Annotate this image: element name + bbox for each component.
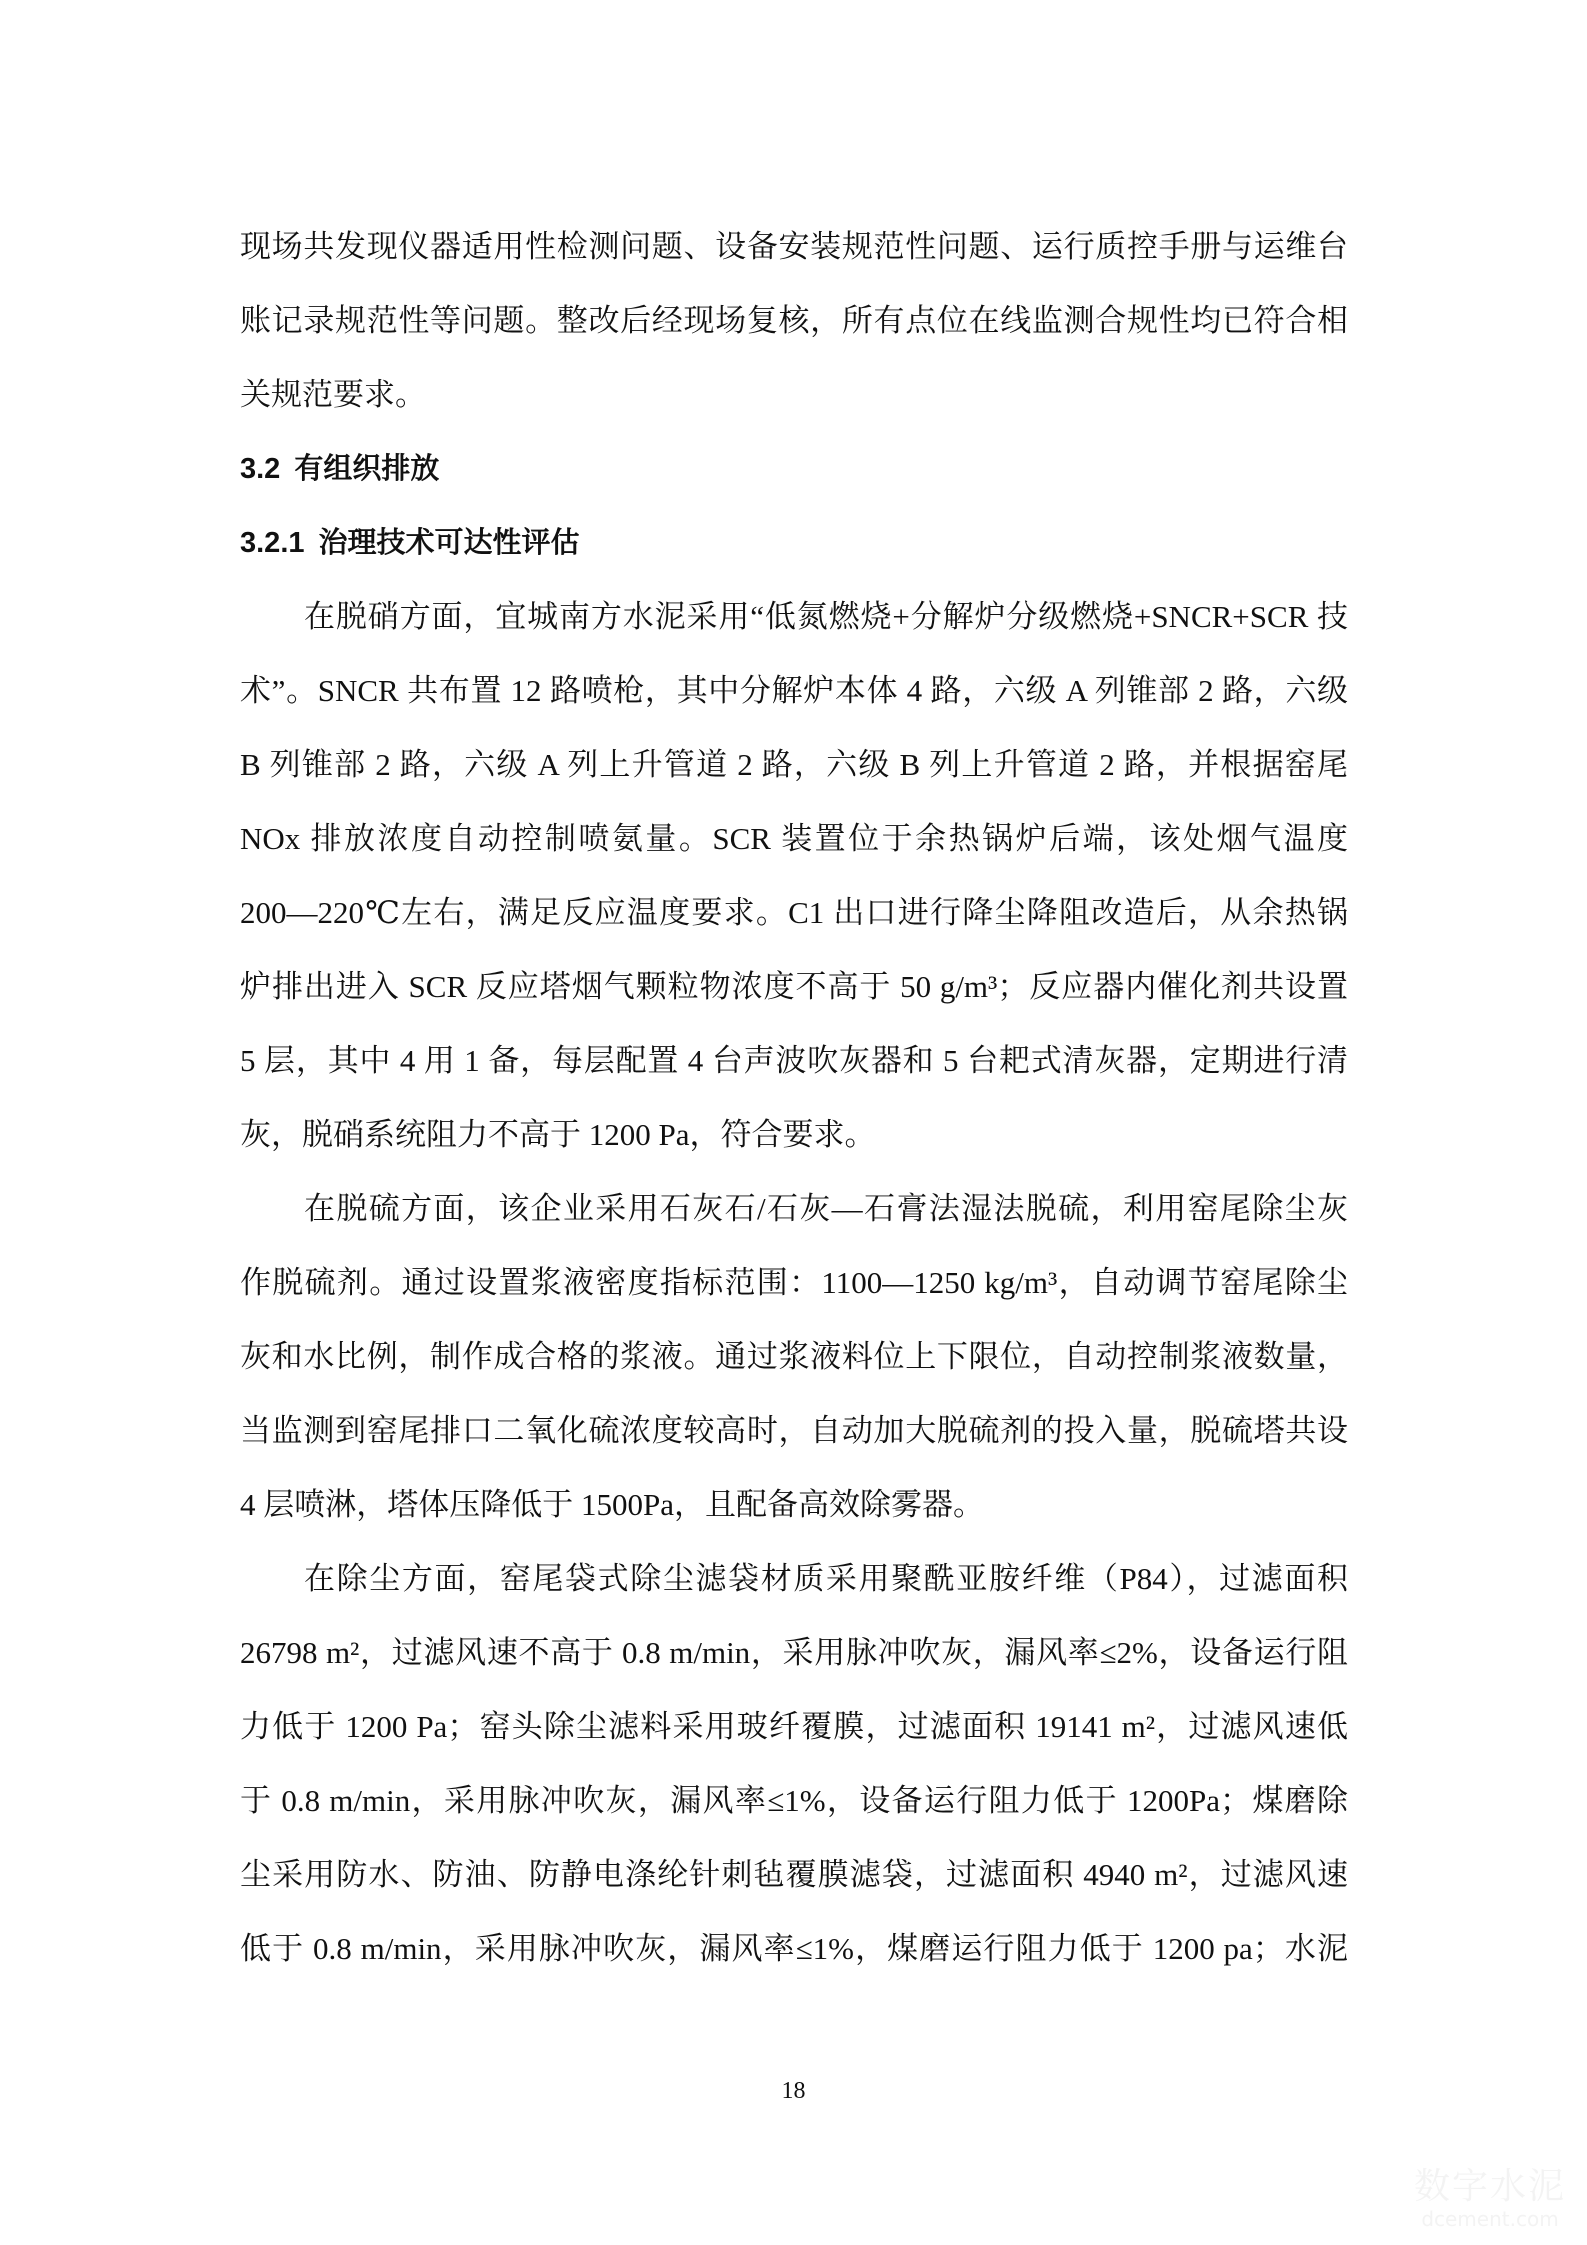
text-line: 于 0.8 m/min，采用脉冲吹灰，漏风率≤1%，设备运行阻力低于 1200P… [240, 1764, 1348, 1838]
text-line: 尘采用防水、防油、防静电涤纶针刺毡覆膜滤袋，过滤面积 4940 m²，过滤风速 [240, 1838, 1348, 1912]
text-line: 灰和水比例，制作成合格的浆液。通过浆液料位上下限位，自动控制浆液数量， [240, 1320, 1348, 1394]
paragraph-desulfurization: 在脱硫方面，该企业采用石灰石/石灰—石膏法湿法脱硫，利用窑尾除尘灰 作脱硫剂。通… [240, 1172, 1348, 1542]
text-line: 在除尘方面，窑尾袋式除尘滤袋材质采用聚酰亚胺纤维（P84），过滤面积 [240, 1542, 1348, 1616]
section-number: 3.2.1 [240, 527, 305, 559]
page-number: 18 [0, 2078, 1587, 2105]
paragraph-monitoring-compliance: 现场共发现仪器适用性检测问题、设备安装规范性问题、运行质控手册与运维台 账记录规… [240, 210, 1348, 432]
text-line: 低于 0.8 m/min，采用脉冲吹灰，漏风率≤1%，煤磨运行阻力低于 1200… [240, 1912, 1348, 1986]
section-heading-3-2: 3.2有组织排放 [240, 432, 1348, 506]
text-line: 5 层，其中 4 用 1 备，每层配置 4 台声波吹灰器和 5 台耙式清灰器，定… [240, 1024, 1348, 1098]
text-line: NOx 排放浓度自动控制喷氨量。SCR 装置位于余热锅炉后端，该处烟气温度 [240, 802, 1348, 876]
text-line: 在脱硝方面，宜城南方水泥采用“低氮燃烧+分解炉分级燃烧+SNCR+SCR 技 [240, 580, 1348, 654]
text-line: 灰，脱硝系统阻力不高于 1200 Pa，符合要求。 [240, 1098, 1348, 1172]
paragraph-denitration: 在脱硝方面，宜城南方水泥采用“低氮燃烧+分解炉分级燃烧+SNCR+SCR 技 术… [240, 580, 1348, 1172]
text-line: 术”。SNCR 共布置 12 路喷枪，其中分解炉本体 4 路，六级 A 列锥部 … [240, 654, 1348, 728]
section-number: 3.2 [240, 453, 280, 485]
text-line: 关规范要求。 [240, 358, 1348, 432]
text-line: 在脱硫方面，该企业采用石灰石/石灰—石膏法湿法脱硫，利用窑尾除尘灰 [240, 1172, 1348, 1246]
watermark-text-en: dcement.com [1405, 2207, 1575, 2231]
section-heading-3-2-1: 3.2.1治理技术可达性评估 [240, 506, 1348, 580]
section-title: 治理技术可达性评估 [319, 527, 580, 559]
text-line: 4 层喷淋，塔体压降低于 1500Pa，且配备高效除雾器。 [240, 1468, 1348, 1542]
text-line: B 列锥部 2 路，六级 A 列上升管道 2 路，六级 B 列上升管道 2 路，… [240, 728, 1348, 802]
text-line: 当监测到窑尾排口二氧化硫浓度较高时，自动加大脱硫剂的投入量，脱硫塔共设 [240, 1394, 1348, 1468]
paragraph-dedusting: 在除尘方面，窑尾袋式除尘滤袋材质采用聚酰亚胺纤维（P84），过滤面积 26798… [240, 1542, 1348, 1986]
text-line: 账记录规范性等问题。整改后经现场复核，所有点位在线监测合规性均已符合相 [240, 284, 1348, 358]
watermark: 数字水泥 dcement.com [1405, 2167, 1575, 2231]
text-line: 力低于 1200 Pa；窑头除尘滤料采用玻纤覆膜，过滤面积 19141 m²，过… [240, 1690, 1348, 1764]
document-page: 现场共发现仪器适用性检测问题、设备安装规范性问题、运行质控手册与运维台 账记录规… [240, 210, 1348, 1986]
text-line: 炉排出进入 SCR 反应塔烟气颗粒物浓度不高于 50 g/m³；反应器内催化剂共… [240, 950, 1348, 1024]
watermark-text-cn: 数字水泥 [1405, 2167, 1575, 2207]
text-line: 26798 m²，过滤风速不高于 0.8 m/min，采用脉冲吹灰，漏风率≤2%… [240, 1616, 1348, 1690]
section-title: 有组织排放 [294, 453, 439, 485]
text-line: 作脱硫剂。通过设置浆液密度指标范围：1100—1250 kg/m³，自动调节窑尾… [240, 1246, 1348, 1320]
text-line: 现场共发现仪器适用性检测问题、设备安装规范性问题、运行质控手册与运维台 [240, 210, 1348, 284]
text-line: 200—220℃左右，满足反应温度要求。C1 出口进行降尘降阻改造后，从余热锅 [240, 876, 1348, 950]
